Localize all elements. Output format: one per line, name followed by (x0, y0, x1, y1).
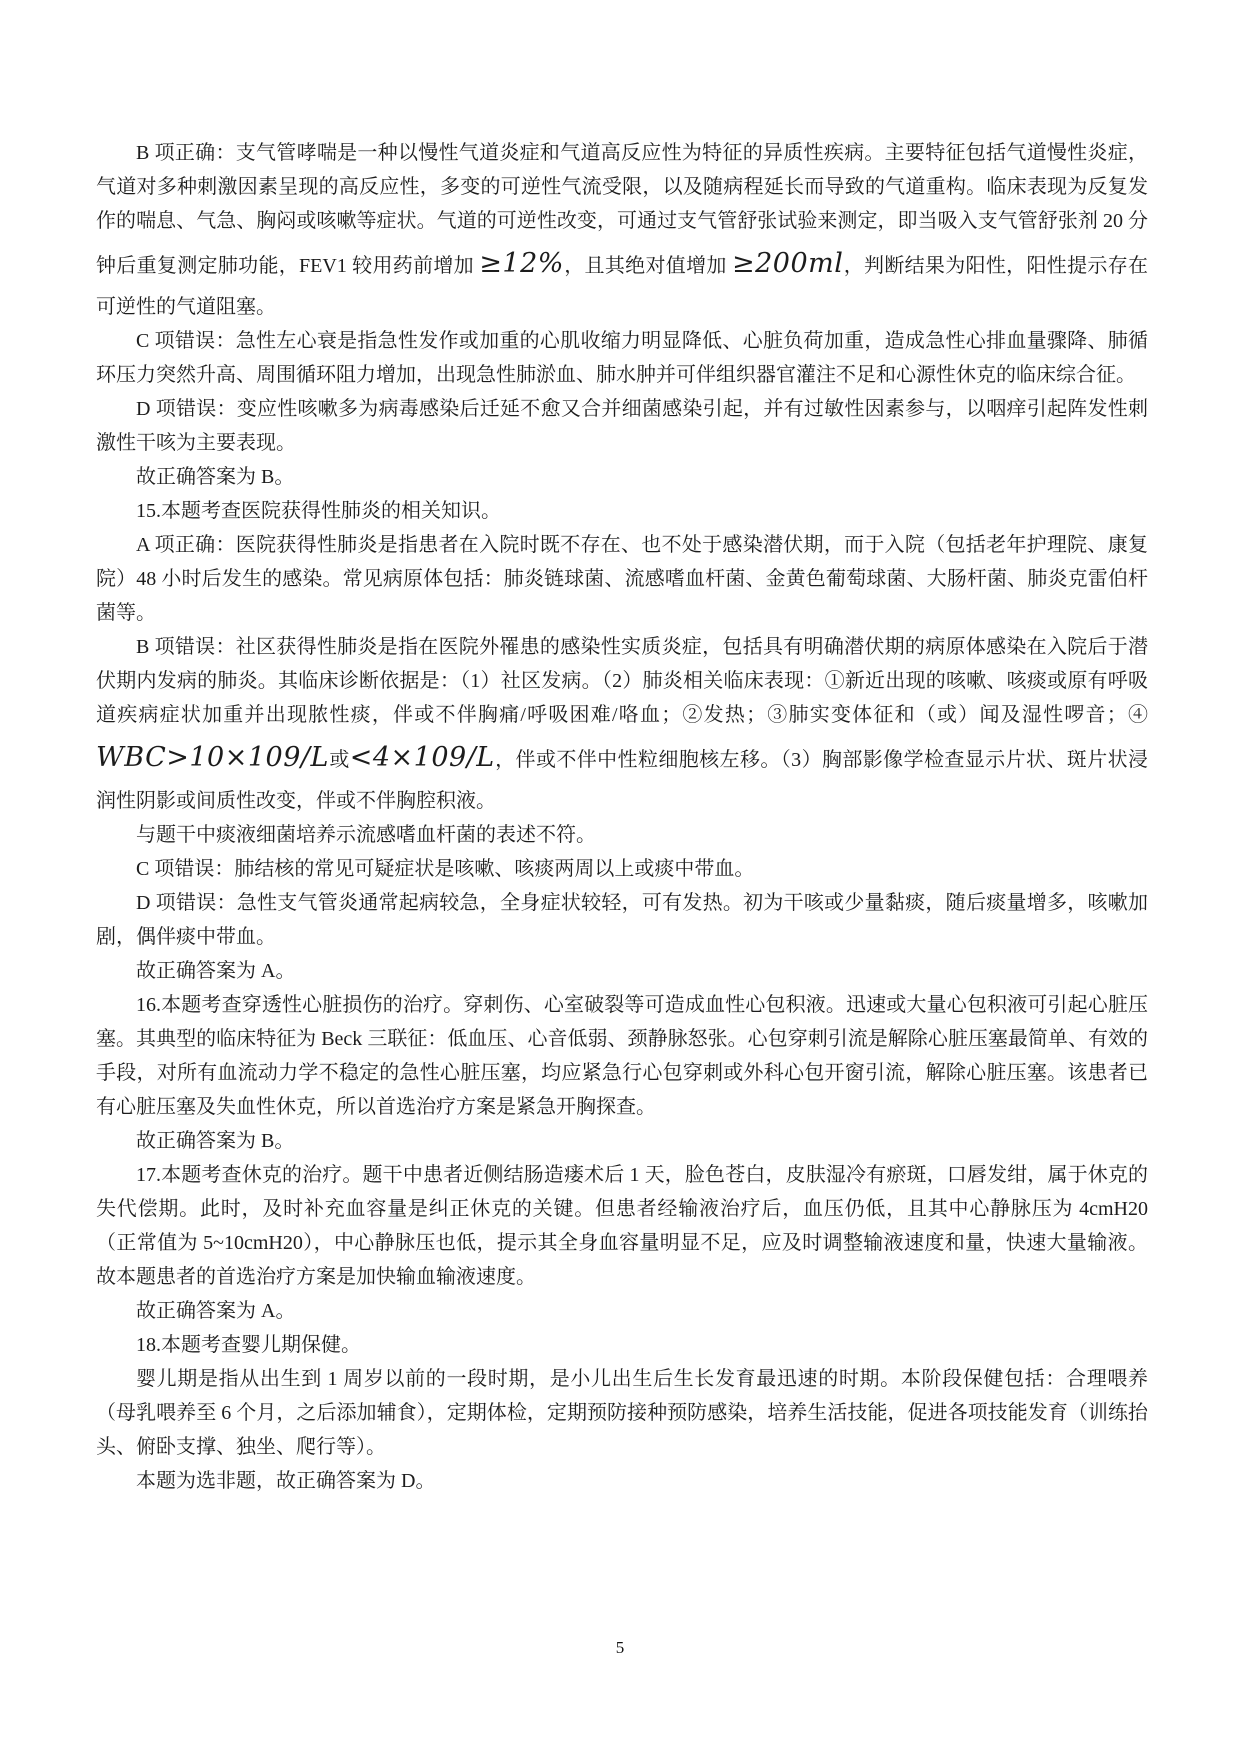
paragraph: B 项错误：社区获得性肺炎是指在医院外罹患的感染性实质炎症，包括具有明确潜伏期的… (96, 630, 1148, 818)
page-number: 5 (616, 1638, 625, 1657)
paragraph: D 项错误：急性支气管炎通常起病较急，全身症状较轻，可有发热。初为干咳或少量黏痰… (96, 886, 1148, 954)
inline-math-formula: <4×109/L (350, 742, 495, 773)
paragraph: 故正确答案为 B。 (96, 1124, 1148, 1158)
paragraph: B 项正确：支气管哮喘是一种以慢性气道炎症和气道高反应性为特征的异质性疾病。主要… (96, 136, 1148, 324)
paragraph: 本题为选非题，故正确答案为 D。 (96, 1464, 1148, 1498)
paragraph: 婴儿期是指从出生到 1 周岁以前的一段时期，是小儿出生后生长发育最迅速的时期。本… (96, 1362, 1148, 1464)
paragraph: 17.本题考查休克的治疗。题干中患者近侧结肠造瘘术后 1 天，脸色苍白，皮肤湿冷… (96, 1158, 1148, 1294)
paragraph: C 项错误：急性左心衰是指急性发作或加重的心肌收缩力明显降低、心脏负荷加重，造成… (96, 324, 1148, 392)
paragraph: 故正确答案为 A。 (96, 1294, 1148, 1328)
inline-math-formula: WBC>10×109/L (96, 742, 329, 773)
document-page: B 项正确：支气管哮喘是一种以慢性气道炎症和气道高反应性为特征的异质性疾病。主要… (0, 0, 1240, 1754)
paragraph: C 项错误：肺结核的常见可疑症状是咳嗽、咳痰两周以上或痰中带血。 (96, 852, 1148, 886)
inline-math-formula: ≥200ml (732, 248, 843, 279)
paragraph: 16.本题考查穿透性心脏损伤的治疗。穿刺伤、心室破裂等可造成血性心包积液。迅速或… (96, 988, 1148, 1124)
paragraph: 15.本题考查医院获得性肺炎的相关知识。 (96, 494, 1148, 528)
paragraph: 与题干中痰液细菌培养示流感嗜血杆菌的表述不符。 (96, 818, 1148, 852)
paragraph: 故正确答案为 A。 (96, 954, 1148, 988)
paragraph: D 项错误：变应性咳嗽多为病毒感染后迁延不愈又合并细菌感染引起，并有过敏性因素参… (96, 392, 1148, 460)
paragraph: A 项正确：医院获得性肺炎是指患者在入院时既不存在、也不处于感染潜伏期，而于入院… (96, 528, 1148, 630)
paragraph: 18.本题考查婴儿期保健。 (96, 1328, 1148, 1362)
paragraph: 故正确答案为 B。 (96, 460, 1148, 494)
page-footer: 5 (0, 1638, 1240, 1658)
inline-math-formula: ≥12% (479, 248, 564, 279)
answer-explanations-body: B 项正确：支气管哮喘是一种以慢性气道炎症和气道高反应性为特征的异质性疾病。主要… (96, 136, 1148, 1498)
